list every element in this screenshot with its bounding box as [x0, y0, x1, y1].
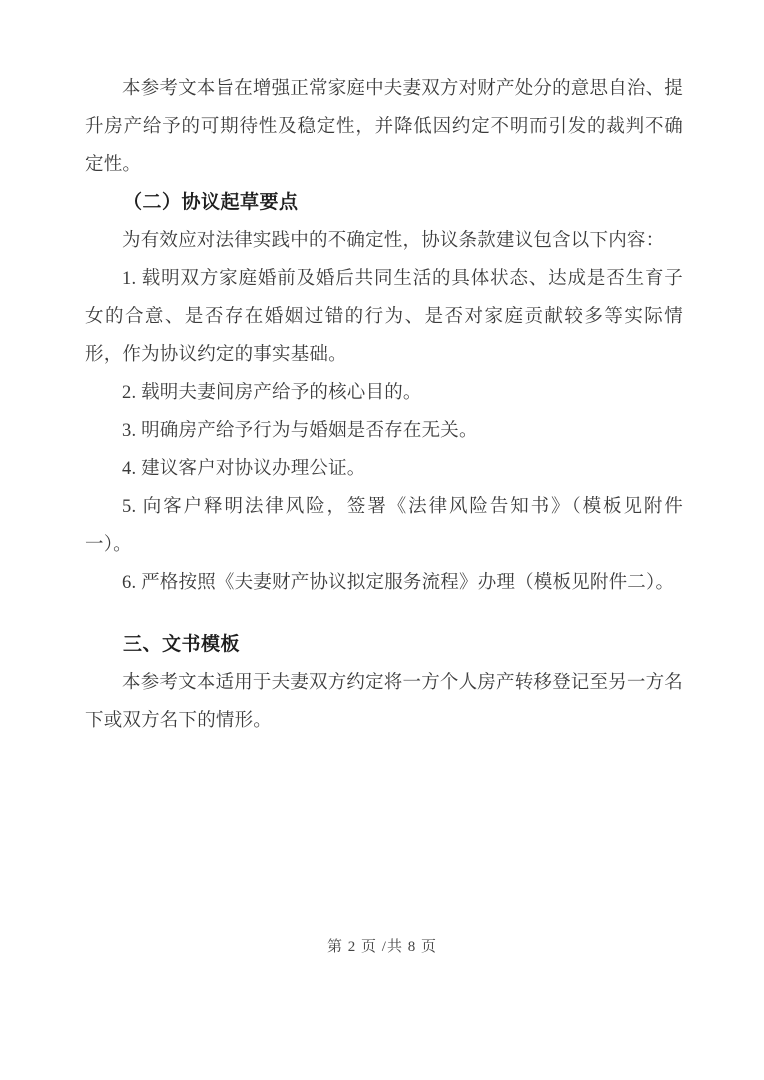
document-page: 本参考文本旨在增强正常家庭中夫妻双方对财产处分的意思自治、提升房产给予的可期待性…: [0, 0, 764, 1080]
document-content: 本参考文本旨在增强正常家庭中夫妻双方对财产处分的意思自治、提升房产给予的可期待性…: [85, 70, 683, 740]
list-item-3: 3. 明确房产给予行为与婚姻是否存在无关。: [85, 412, 683, 450]
page-number: 第 2 页 /共 8 页: [0, 936, 764, 958]
list-item-2: 2. 载明夫妻间房产给予的核心目的。: [85, 374, 683, 412]
section-2-heading: （二）协议起草要点: [85, 184, 683, 222]
section-3-paragraph: 本参考文本适用于夫妻双方约定将一方个人房产转移登记至另一方名下或双方名下的情形。: [85, 664, 683, 740]
section-3-heading: 三、文书模板: [85, 626, 683, 664]
list-item-1: 1. 载明双方家庭婚前及婚后共同生活的具体状态、达成是否生育子女的合意、是否存在…: [85, 260, 683, 374]
section-2-lead: 为有效应对法律实践中的不确定性，协议条款建议包含以下内容：: [85, 222, 683, 260]
list-item-5: 5. 向客户释明法律风险，签署《法律风险告知书》（模板见附件一）。: [85, 488, 683, 564]
list-item-4: 4. 建议客户对协议办理公证。: [85, 450, 683, 488]
list-item-6: 6. 严格按照《夫妻财产协议拟定服务流程》办理（模板见附件二）。: [85, 564, 683, 602]
intro-paragraph: 本参考文本旨在增强正常家庭中夫妻双方对财产处分的意思自治、提升房产给予的可期待性…: [85, 70, 683, 184]
